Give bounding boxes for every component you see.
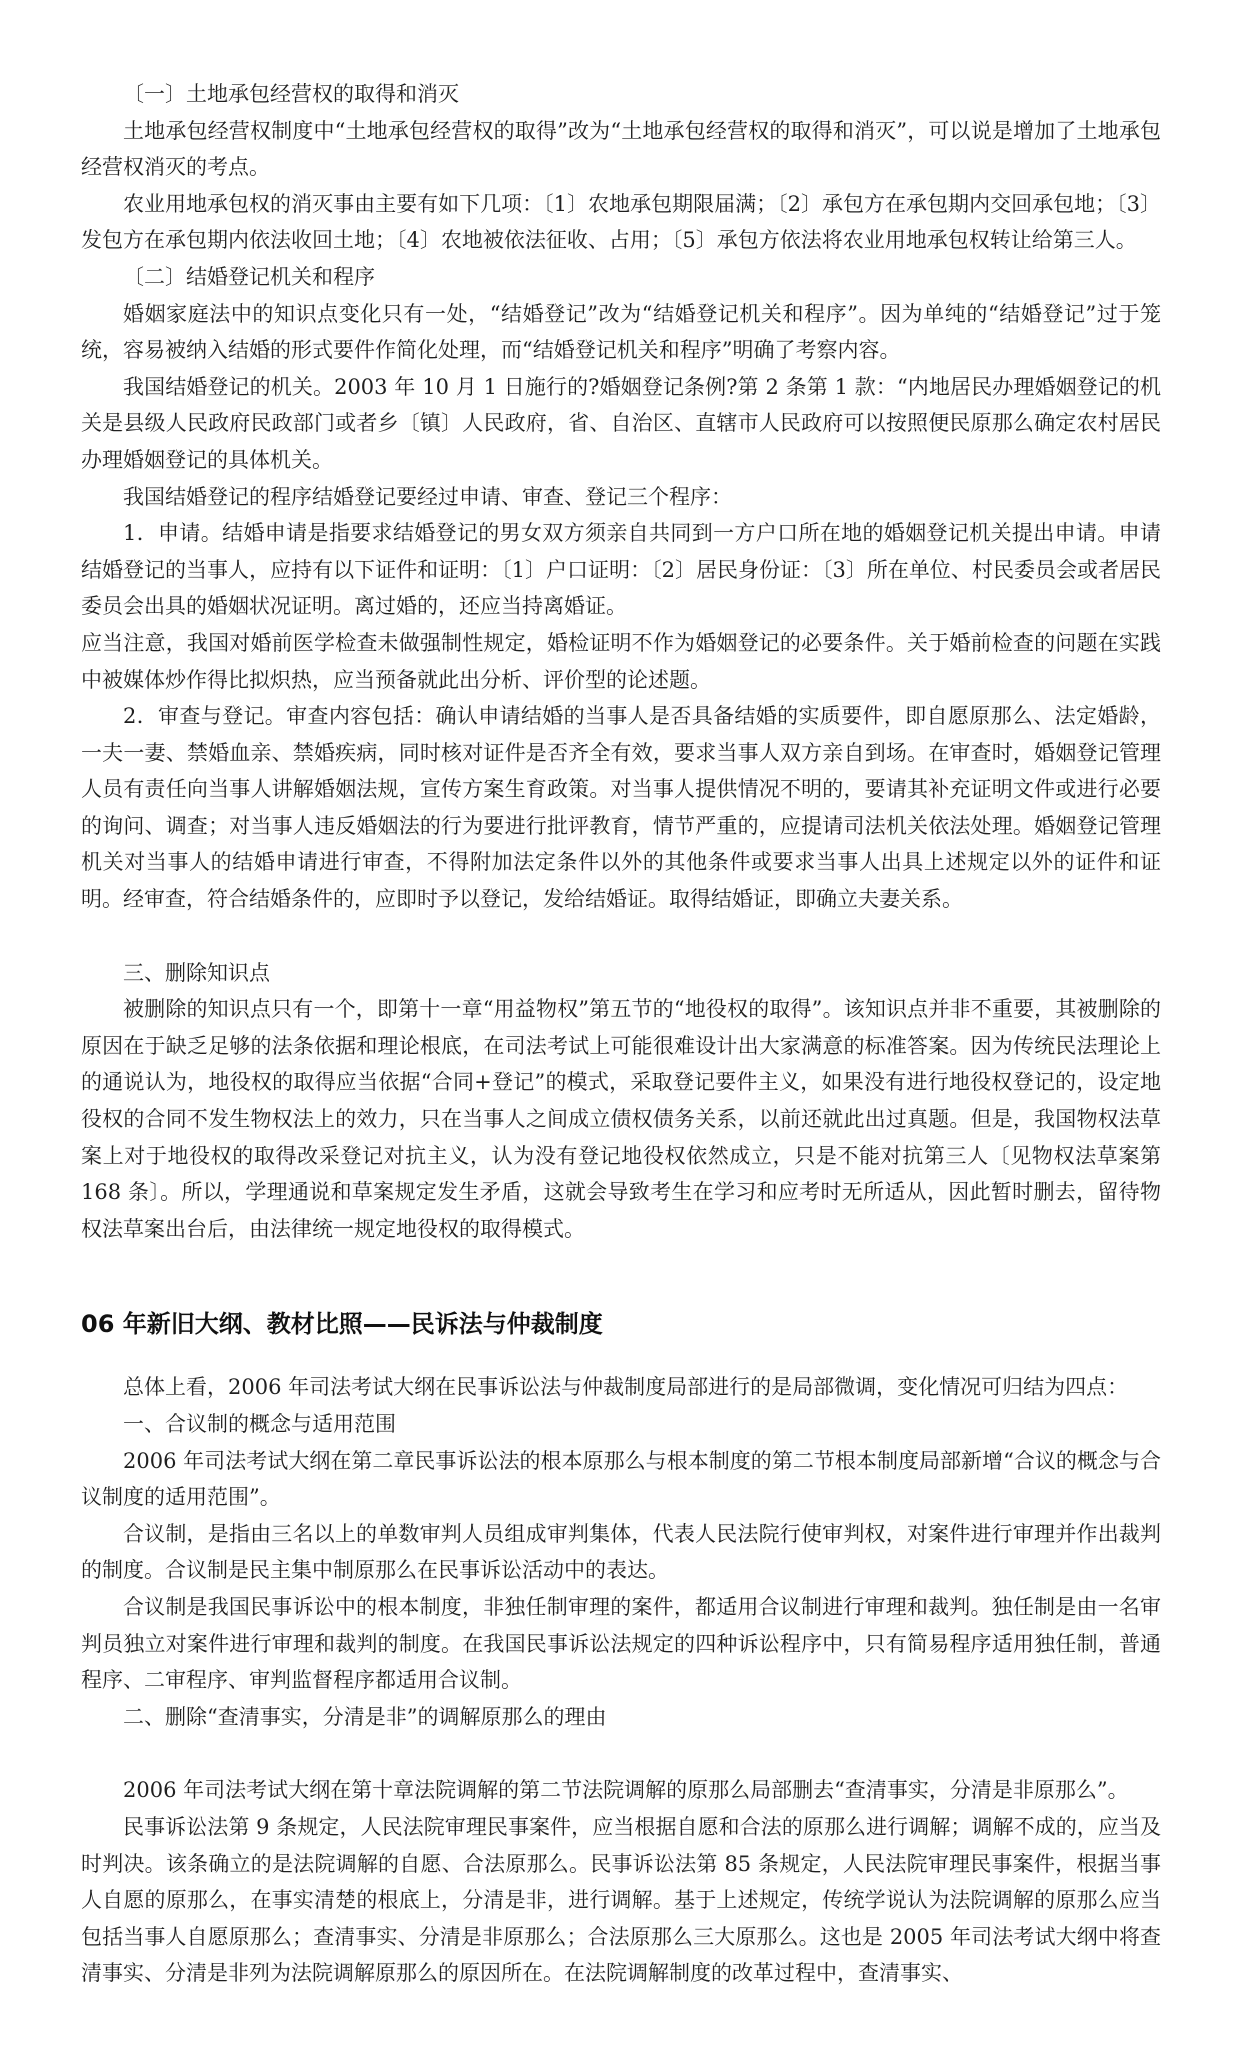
paragraph: 我国结婚登记的机关。2003 年 10 月 1 日施行的?婚姻登记条例?第 2 … <box>81 369 1161 479</box>
paragraph-subheading-1: 〔一〕土地承包经营权的取得和消灭 <box>81 76 1161 113</box>
paragraph-subheading-2: 〔二〕结婚登记机关和程序 <box>81 259 1161 296</box>
paragraph-subheading-3: 三、删除知识点 <box>81 955 1161 992</box>
paragraph: 总体上看，2006 年司法考试大纲在民事诉讼法与仲裁制度局部进行的是局部微调，变… <box>81 1369 1161 1406</box>
paragraph: 被删除的知识点只有一个，即第十一章“用益物权”第五节的“地役权的取得”。该知识点… <box>81 991 1161 1247</box>
blank-line <box>81 918 1161 955</box>
paragraph: 2006 年司法考试大纲在第二章民事诉讼法的根本原那么与根本制度的第二节根本制度… <box>81 1443 1161 1516</box>
paragraph: 合议制是我国民事诉讼中的根本制度，非独任制审理的案件，都适用合议制进行审理和裁判… <box>81 1589 1161 1699</box>
paragraph-note: 应当注意，我国对婚前医学检查未做强制性规定，婚检证明不作为婚姻登记的必要条件。关… <box>81 625 1161 698</box>
paragraph-item-1: 1．申请。结婚申请是指要求结婚登记的男女双方须亲自共同到一方户口所在地的婚姻登记… <box>81 515 1161 625</box>
paragraph: 土地承包经营权制度中“土地承包经营权的取得”改为“土地承包经营权的取得和消灭”，… <box>81 113 1161 186</box>
paragraph-subheading-5: 二、删除“查清事实，分清是非”的调解原那么的理由 <box>81 1699 1161 1736</box>
document-page: 〔一〕土地承包经营权的取得和消灭 土地承包经营权制度中“土地承包经营权的取得”改… <box>0 0 1241 2052</box>
paragraph: 婚姻家庭法中的知识点变化只有一处，“结婚登记”改为“结婚登记机关和程序”。因为单… <box>81 296 1161 369</box>
paragraph: 民事诉讼法第 9 条规定，人民法院审理民事案件，应当根据自愿和合法的原那么进行调… <box>81 1809 1161 1992</box>
paragraph-subheading-4: 一、合议制的概念与适用范围 <box>81 1406 1161 1443</box>
paragraph: 2006 年司法考试大纲在第十章法院调解的第二节法院调解的原那么局部删去“查清事… <box>81 1772 1161 1809</box>
paragraph: 农业用地承包权的消灭事由主要有如下几项：〔1〕农地承包期限届满；〔2〕承包方在承… <box>81 186 1161 259</box>
section-heading: 06 年新旧大纲、教材比照——民诉法与仲裁制度 <box>81 1309 1161 1339</box>
paragraph: 合议制，是指由三名以上的单数审判人员组成审判集体，代表人民法院行使审判权，对案件… <box>81 1516 1161 1589</box>
paragraph: 我国结婚登记的程序结婚登记要经过申请、审查、登记三个程序： <box>81 479 1161 516</box>
paragraph-item-2: 2．审查与登记。审查内容包括：确认申请结婚的当事人是否具备结婚的实质要件，即自愿… <box>81 698 1161 918</box>
